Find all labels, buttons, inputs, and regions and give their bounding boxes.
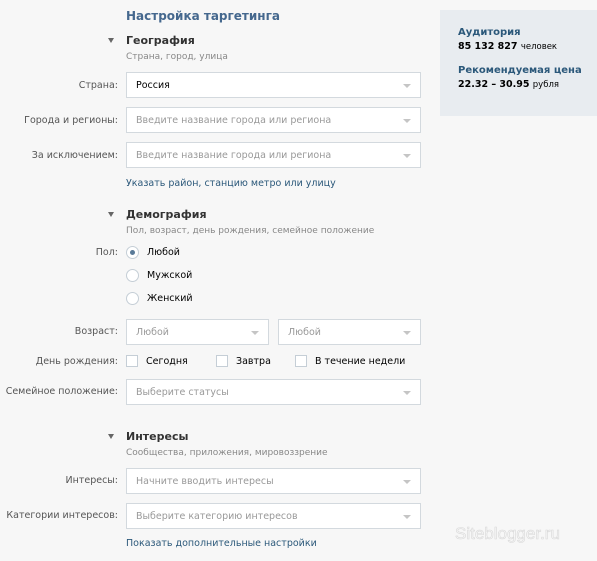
page-title: Настройка таргетинга	[126, 9, 280, 23]
interest-categories-label: Категории интересов:	[0, 510, 118, 521]
dropdown-arrow-icon	[251, 331, 259, 335]
dropdown-arrow-icon	[403, 515, 411, 519]
section-demography-subtitle: Пол, возраст, день рождения, семейное по…	[126, 226, 374, 236]
checkbox-icon	[126, 355, 138, 367]
audience-summary-panel: Аудитория 85 132 827 человек Рекомендуем…	[440, 10, 597, 116]
exclude-input[interactable]: Введите название города или региона	[126, 142, 421, 168]
collapse-triangle-icon	[108, 434, 114, 439]
exclude-placeholder: Введите название города или региона	[136, 150, 331, 161]
dropdown-arrow-icon	[403, 154, 411, 158]
price-heading: Рекомендуемая цена	[458, 65, 597, 76]
audience-value: 85 132 827	[458, 41, 518, 52]
gender-radio-male[interactable]: Мужской	[126, 269, 192, 282]
price-value: 22.32 – 30.95	[458, 79, 529, 90]
collapse-triangle-icon	[108, 212, 114, 217]
price-value-row: 22.32 – 30.95 рубля	[458, 79, 597, 90]
cities-input[interactable]: Введите название города или региона	[126, 107, 421, 133]
age-from-select[interactable]: Любой	[126, 319, 269, 345]
section-geography-toggle[interactable]: География	[108, 34, 195, 47]
audience-heading: Аудитория	[458, 27, 597, 38]
dropdown-arrow-icon	[403, 119, 411, 123]
audience-unit: человек	[521, 42, 557, 52]
exclude-label: За исключением:	[0, 150, 118, 161]
section-demography-title: Демография	[126, 208, 207, 221]
birthday-tomorrow-checkbox[interactable]: Завтра	[216, 355, 271, 367]
section-geography-title: География	[126, 34, 195, 47]
radio-icon	[126, 292, 139, 305]
dropdown-arrow-icon	[403, 331, 411, 335]
price-unit: рубля	[533, 80, 559, 90]
dropdown-arrow-icon	[403, 391, 411, 395]
country-label: Страна:	[0, 80, 118, 91]
collapse-triangle-icon	[108, 38, 114, 43]
interests-label: Интересы:	[0, 475, 118, 486]
age-from-value: Любой	[136, 327, 169, 338]
radio-icon	[126, 269, 139, 282]
age-label: Возраст:	[0, 326, 118, 337]
birthday-week-checkbox[interactable]: В течение недели	[295, 355, 405, 367]
gender-radio-any[interactable]: Любой	[126, 246, 180, 259]
checkbox-icon	[295, 355, 307, 367]
section-demography-toggle[interactable]: Демография	[108, 208, 207, 221]
gender-radio-female[interactable]: Женский	[126, 292, 193, 305]
dropdown-arrow-icon	[403, 480, 411, 484]
marital-label: Семейное положение:	[0, 386, 118, 397]
section-interests-subtitle: Сообщества, приложения, мировоззрение	[126, 448, 328, 458]
interests-input[interactable]: Начните вводить интересы	[126, 468, 421, 494]
birthday-today-checkbox[interactable]: Сегодня	[126, 355, 188, 367]
watermark: Siteblogger.ru	[455, 524, 560, 544]
interests-placeholder: Начните вводить интересы	[136, 476, 274, 487]
audience-value-row: 85 132 827 человек	[458, 41, 597, 52]
section-interests-title: Интересы	[126, 430, 188, 443]
show-more-settings-link[interactable]: Показать дополнительные настройки	[126, 538, 317, 549]
country-value: Россия	[136, 80, 170, 91]
checkbox-icon	[216, 355, 228, 367]
birthday-label: День рождения:	[0, 356, 118, 367]
cities-label: Города и регионы:	[0, 115, 118, 126]
gender-label: Пол:	[0, 247, 118, 258]
age-to-select[interactable]: Любой	[278, 319, 421, 345]
cities-placeholder: Введите название города или региона	[136, 115, 331, 126]
country-select[interactable]: Россия	[126, 72, 421, 98]
dropdown-arrow-icon	[403, 84, 411, 88]
marital-select[interactable]: Выберите статусы	[126, 379, 421, 405]
specify-district-link[interactable]: Указать район, станцию метро или улицу	[126, 178, 336, 189]
interest-categories-placeholder: Выберите категорию интересов	[136, 511, 298, 522]
section-geography-subtitle: Страна, город, улица	[126, 52, 228, 62]
marital-placeholder: Выберите статусы	[136, 387, 229, 398]
section-interests-toggle[interactable]: Интересы	[108, 430, 188, 443]
interest-categories-select[interactable]: Выберите категорию интересов	[126, 503, 421, 529]
radio-selected-icon	[126, 246, 139, 259]
age-to-value: Любой	[288, 327, 321, 338]
